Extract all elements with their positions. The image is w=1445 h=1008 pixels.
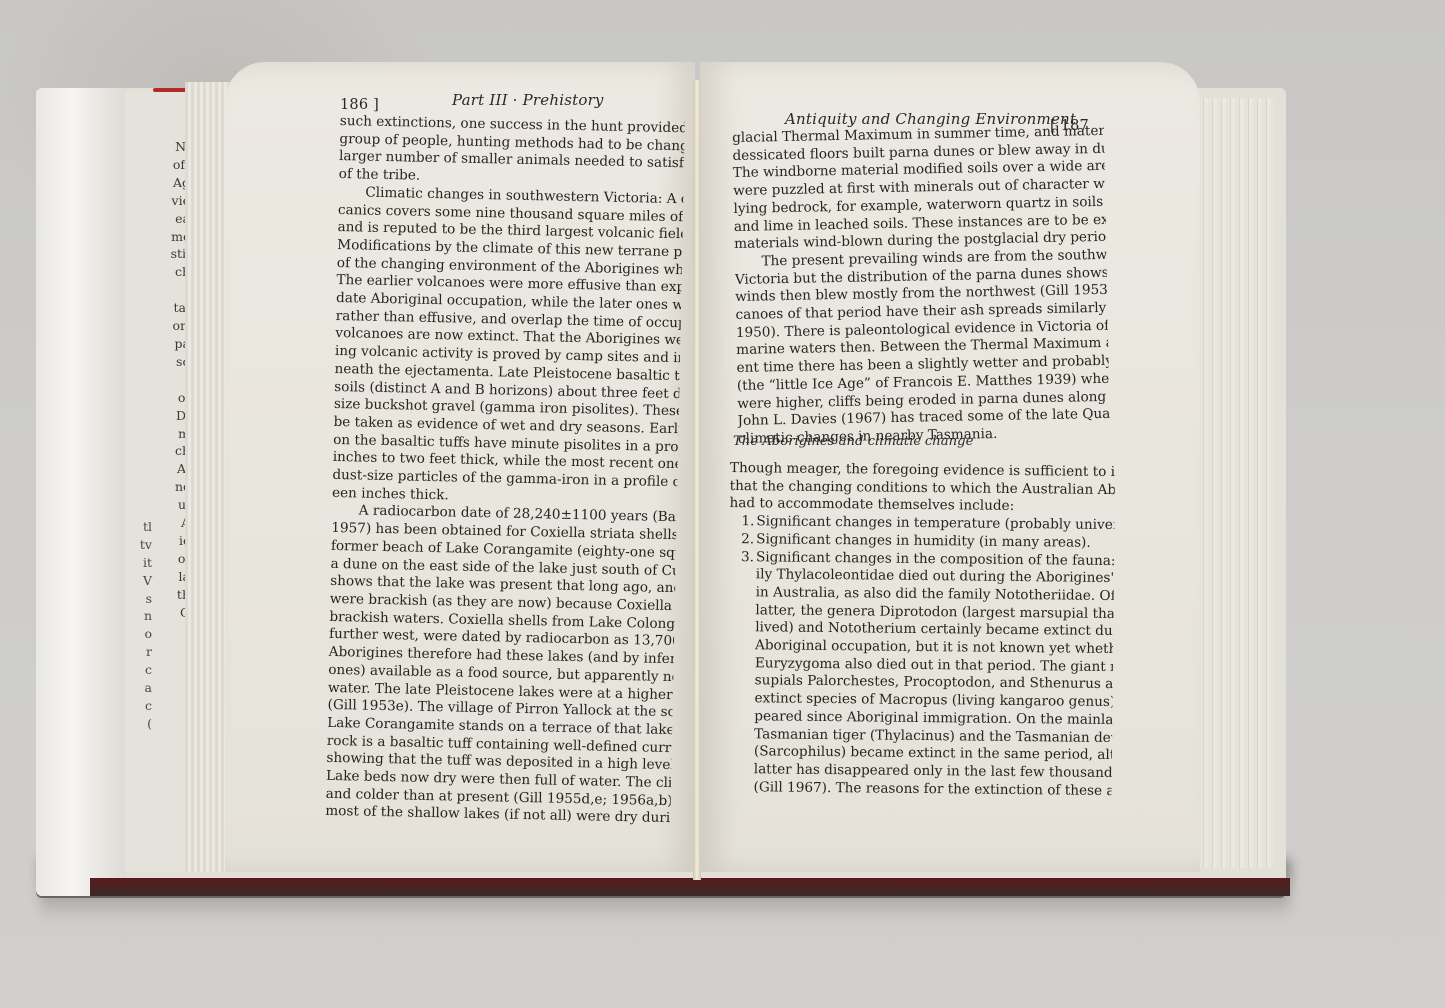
jacket-flap-text-lower: tl tv it V s n o r c a c ( [112,500,152,733]
list-number: 2. [741,531,754,549]
left-running-head: Part III · Prehistory [452,91,604,109]
left-page-body: such extinctions, one success in the hun… [325,113,685,828]
jacket-flap-text-upper: Ni oft Ag vie ea mc stil ch tai ori pa s… [150,138,190,621]
right-page-section-body: Though meager, the foregoing evidence is… [726,460,1115,800]
list-number: 1. [741,513,754,531]
right-page-body: glacial Thermal Maximum in summer time, … [732,123,1110,449]
section-heading: The Aborigines and climatic change [733,434,973,449]
dust-jacket-glossy-edge [36,88,126,896]
red-binding-edge [90,878,1290,896]
list-number: 3. [741,549,754,567]
left-page-stack-edge [185,82,230,872]
left-page-number: 186 ] [340,97,379,113]
photo-scene: Ni oft Ag vie ea mc stil ch tai ori pa s… [0,0,1445,1008]
book-gutter [693,80,701,880]
